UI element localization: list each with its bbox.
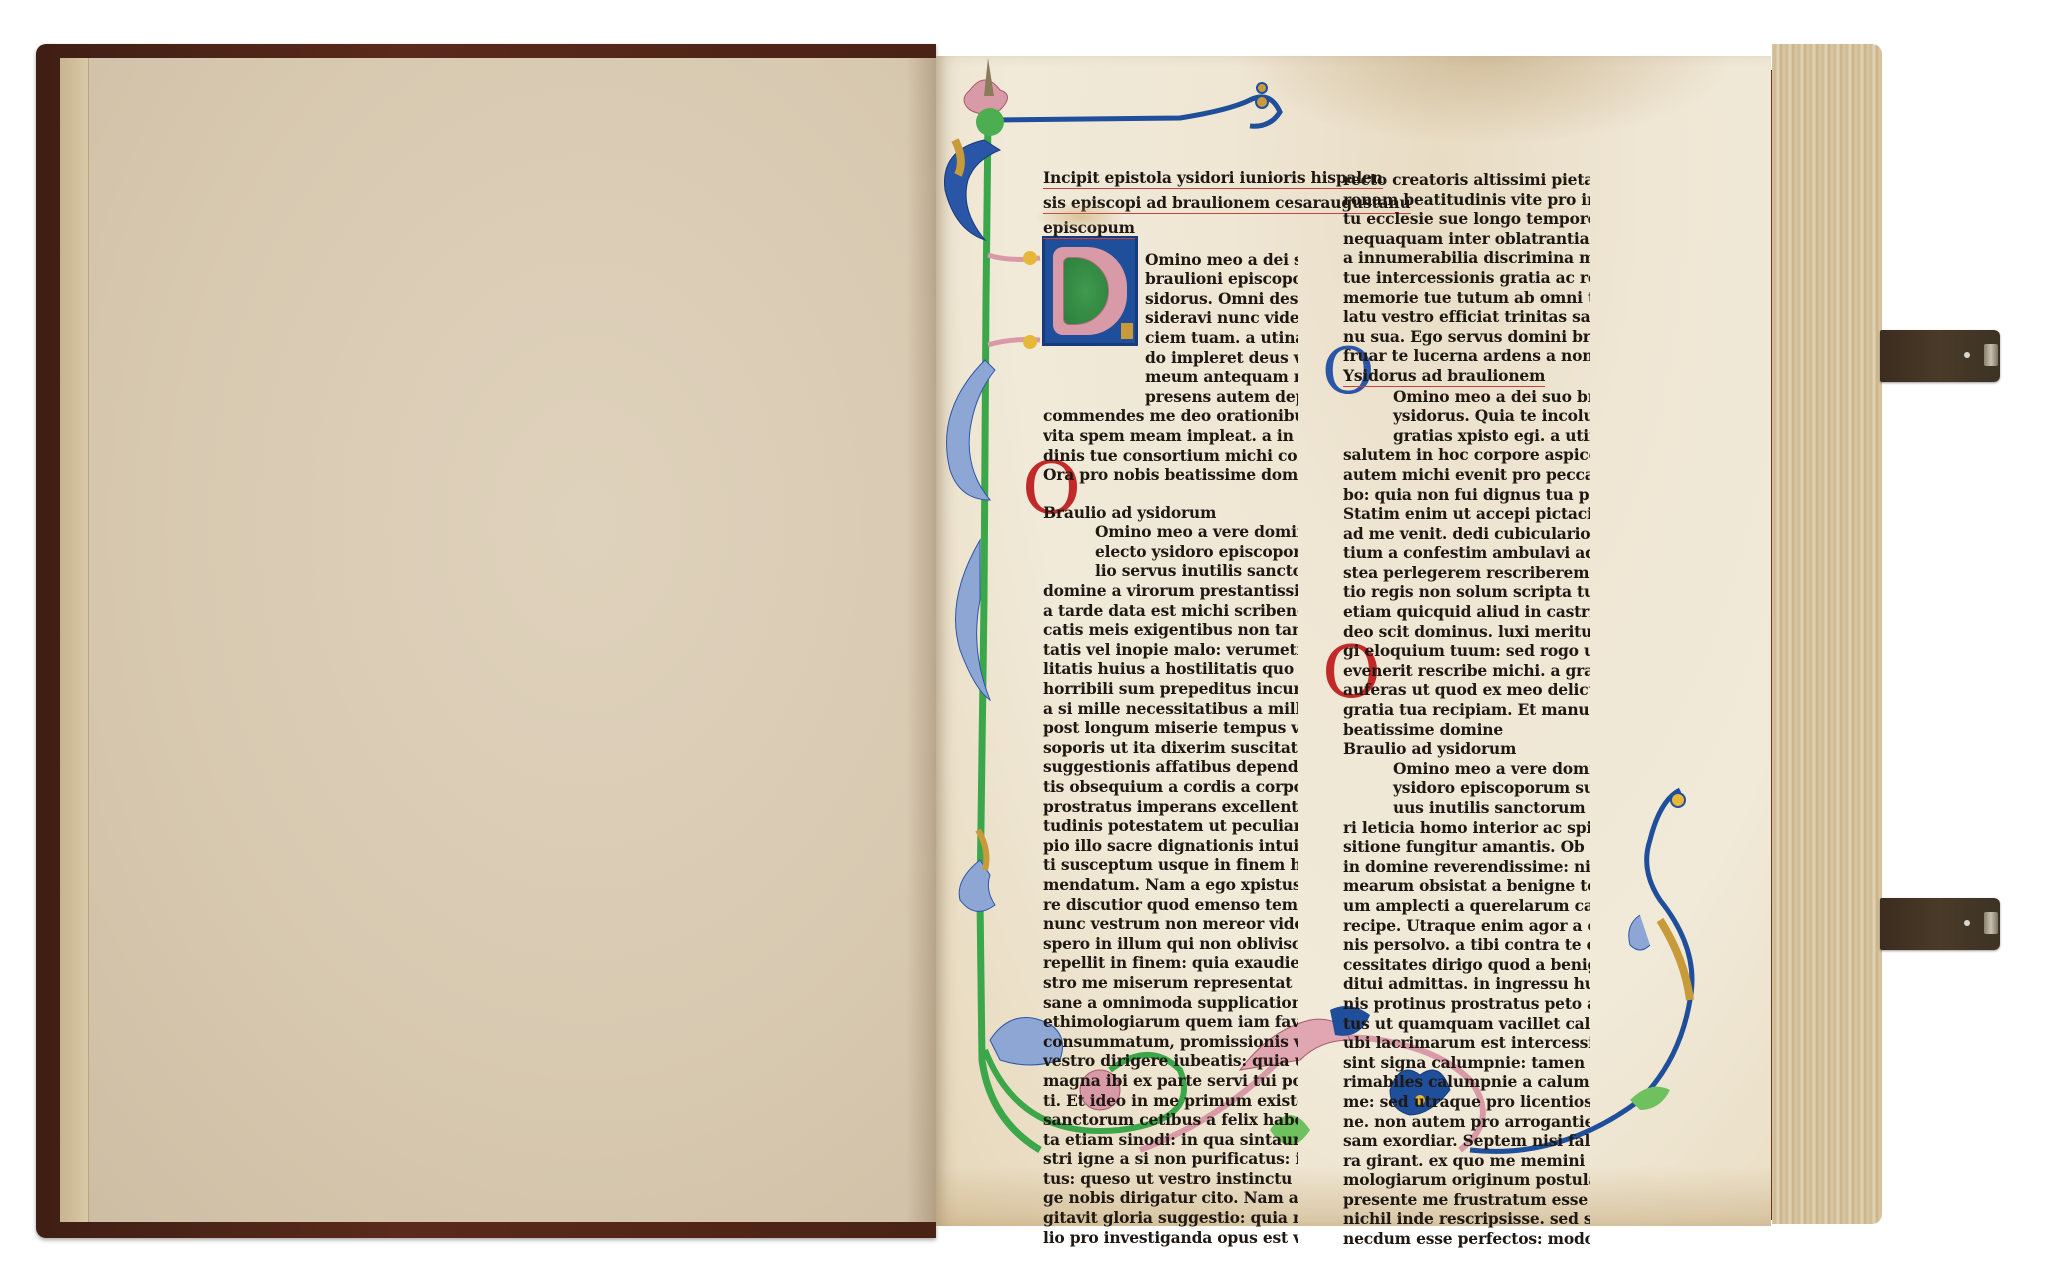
letter-heading: Ysidorus ad braulionem — [1343, 366, 1545, 387]
text-line: sam exordiar. Septem nisi fallor annorum… — [1343, 1131, 1590, 1151]
text-line: memorie tue tutum ab omni tempestate pec… — [1343, 288, 1590, 308]
water-stain-top — [1236, 56, 1736, 146]
text-line: a si mille necessitatibus a mille curis … — [1043, 699, 1298, 719]
text-line: presens autem deprecor ut — [1145, 387, 1298, 407]
text-line: a tarde data est michi scribendi optio: … — [1043, 601, 1298, 621]
text-line: ge nobis dirigatur cito. Nam a nostra ei… — [1043, 1188, 1298, 1208]
text-line: tium a confestim ambulavi ad principem u… — [1343, 543, 1590, 563]
text-line: tis obsequium a cordis a corporis humili… — [1043, 777, 1298, 797]
text-line: spero in illum qui non obliviscitur mise… — [1043, 934, 1298, 954]
text-column-2: recto creatoris altissimi pietatem effla… — [1343, 170, 1590, 1249]
text-line: ra girant. ex quo me memini libros a te … — [1343, 1151, 1590, 1171]
text-line: sitione fungitur amantis. Ob id velle me… — [1343, 837, 1590, 857]
text-line: necdum esse perfectos: modo necdum scrip… — [1343, 1229, 1590, 1249]
text-line: stro me miserum representat aspectui. Su… — [1043, 973, 1298, 993]
text-line: nichil inde rescripsisse. sed subtili di… — [1343, 1209, 1590, 1229]
text-line: mologiarum originum postulasse a vario d… — [1343, 1170, 1590, 1190]
clasp-catch-icon — [1984, 912, 1998, 934]
text-line: Statim enim ut accepi pictacium tuum pue… — [1343, 504, 1590, 524]
text-line: gratias xpisto egi. a utinam cuius cogui — [1343, 426, 1590, 446]
stain — [1035, 202, 1125, 232]
left-pastedown-page — [60, 58, 936, 1222]
text-line: auferas ut quod ex meo delicto perdidi i… — [1343, 680, 1590, 700]
text-line: tu ecclesie sue longo tempore percipiat … — [1343, 209, 1590, 229]
text-line: ri leticia homo interior ac spiritualis … — [1343, 818, 1590, 838]
text-line: in domine reverendissime: nisi culparum … — [1343, 857, 1590, 877]
clasp-rivet-icon — [1964, 352, 1970, 358]
text-line: ti susceptum usque in finem habere iubea… — [1043, 855, 1298, 875]
text-line: stri igne a si non purificatus: invenitu… — [1043, 1149, 1298, 1169]
text-line: tus ut quamquam vacillet calumpnie obiec… — [1343, 1014, 1590, 1034]
clasp-catch-icon — [1984, 344, 1998, 366]
text-line: vestro dirigere iubeatis: quia ut michi … — [1043, 1051, 1298, 1071]
text-line: etiam quicquid aliud in castris fuit per… — [1343, 602, 1590, 622]
text-line: braulioni episcopo Y — [1145, 269, 1298, 289]
text-line: rimabiles calumpnie a calumpniabiles lac… — [1343, 1072, 1590, 1092]
text-line: a innumerabilia discrimina munitum redda… — [1343, 248, 1590, 268]
text-line: Omino meo a vere domino xpistoque electo — [1343, 759, 1590, 779]
text-line: commendes me deo orationibus tuis a ut i… — [1043, 406, 1298, 426]
text-line: ubi lacrimarum est intercessio: et lacri… — [1343, 1033, 1590, 1053]
text-line: ronam beatitudinis vite pro integritate … — [1343, 190, 1590, 210]
text-line: mearum obsistat a benigne te inquisition… — [1343, 876, 1590, 896]
text-line: gratia tua recipiam. Et manu sua. Ora pr… — [1343, 700, 1590, 720]
fore-edge — [1772, 44, 1882, 1224]
text-line: ne. non autem pro arrogantie temeritate … — [1343, 1112, 1590, 1132]
text-line: fruar te lucerna ardens a non marcescens — [1343, 346, 1590, 366]
text-line: lio pro investiganda opus est veritate. … — [1043, 1228, 1298, 1248]
text-line: Omino meo a vere domino xpistoque — [1043, 522, 1298, 542]
letter-heading: Braulio ad ysidorum — [1343, 739, 1590, 759]
incipit-heading: Incipit epistola ysidori iunioris hispal… — [1043, 168, 1298, 244]
text-line: tio regis non solum scripta tua non inve… — [1343, 582, 1590, 602]
text-line: latu vestro efficiat trinitas sacratissi… — [1343, 307, 1590, 327]
text-line: sint signa calumpnie: tamen sint opto a … — [1343, 1053, 1590, 1073]
text-line: litatis huius a hostilitatis quo nunc in… — [1043, 659, 1298, 679]
text-line: repellit in finem: quia exaudiet precem … — [1043, 953, 1298, 973]
text-line: electo ysidoro episcoporum summo Brau — [1043, 542, 1298, 562]
text-line: sanctorum cetibus a felix habearis a pri… — [1043, 1110, 1298, 1130]
text-line: sane a omnimoda supplicatione deposco ut… — [1043, 993, 1298, 1013]
text-line: um amplecti a querelarum calumpniam pati… — [1343, 896, 1590, 916]
text-line: Omino meo a dei servo — [1145, 250, 1298, 270]
text-line: beatissime domine — [1343, 720, 1590, 740]
text-line: lio servus inutilis sanctorum dei. O pie — [1043, 561, 1298, 581]
text-column-1: Incipit epistola ysidori iunioris hispal… — [1043, 168, 1298, 1247]
text-line: tudinis potestatem ut peculiarem famulum… — [1043, 816, 1298, 836]
incipit-line: Incipit epistola ysidori iunioris hispal… — [1043, 168, 1383, 189]
letter-2-continued: recto creatoris altissimi pietatem effla… — [1343, 170, 1590, 366]
text-line: mendatum. Nam a ego xpistus novit gravi … — [1043, 875, 1298, 895]
text-line: horribili sum prepeditus incursu. Nunc a… — [1043, 679, 1298, 699]
text-line: vita spem meam impleat. a in futuro beat… — [1043, 426, 1298, 446]
letter-1: Omino meo a dei servo braulioni episcopo… — [1043, 250, 1298, 407]
text-line: nequaquam inter oblatrantia presentis mu… — [1343, 229, 1590, 249]
clasp-lower — [1880, 898, 2000, 950]
text-line: ysidoro episcoporum summo. Braulio ser — [1343, 778, 1590, 798]
letter-1-tail: commendes me deo orationibus tuis a ut i… — [1043, 406, 1298, 484]
text-line: catis meis exigentibus non tantummodo st… — [1043, 620, 1298, 640]
text-line: autem michi evenit pro peccatis meis man… — [1343, 465, 1590, 485]
text-line: cessitates dirigo quod a benignissime tu… — [1343, 955, 1590, 975]
text-line: bo: quia non fui dignus tua perlegere el… — [1343, 485, 1590, 505]
text-line: me: sed utraque pro licentiosa amoris pr… — [1343, 1092, 1590, 1112]
text-line: nu sua. Ego servus domini braulio ysidor… — [1343, 327, 1590, 347]
text-line: sidorus. Omni desiderio de — [1145, 289, 1298, 309]
text-line: consummatum, promissionis vestre memores… — [1043, 1032, 1298, 1052]
text-line: soporis ut ita dixerim suscitatus. istiu… — [1043, 738, 1298, 758]
text-line: re discutior quod emenso tempore tam pro… — [1043, 895, 1298, 915]
text-line: meum antequam moriar. Ad — [1145, 367, 1298, 387]
text-line: Omino meo a dei suo braulioni epo — [1343, 387, 1590, 407]
text-line: ysidorus. Quia te incolumem cognovi — [1343, 406, 1590, 426]
text-line: ad me venit. dedi cubiculario meo illud … — [1343, 524, 1590, 544]
letter-3: Omino meo a dei suo braulioni epo ysidor… — [1343, 387, 1590, 740]
letter-4: Omino meo a vere domino xpistoque electo… — [1343, 759, 1590, 1249]
letter-2: Omino meo a vere domino xpistoque electo… — [1043, 522, 1298, 1247]
text-line: salutem in hoc corpore aspicerem a visio… — [1343, 445, 1590, 465]
text-line: nis persolvo. a tibi contra te causarum … — [1343, 935, 1590, 955]
text-line: ditui admittas. in ingressu huius dictat… — [1343, 974, 1590, 994]
clasp-upper — [1880, 330, 2000, 382]
text-line: recipe. Utraque enim agor a officium inq… — [1343, 916, 1590, 936]
text-line: tatis vel inopie malo: verumetiam pestis… — [1043, 640, 1298, 660]
text-line: do impleret deus votum — [1145, 348, 1298, 368]
gutter-shadow — [906, 58, 936, 1222]
text-line: dinis tue consortium michi concedat a ma… — [1043, 446, 1298, 466]
text-line: suggestionis affatibus dependere primo s… — [1043, 757, 1298, 777]
text-line: ti. Et ideo in me primum existe munificu… — [1043, 1091, 1298, 1111]
text-line: prostratus imperans excellentissimam tue… — [1043, 797, 1298, 817]
text-line: nunc vestrum non mereor videre conspectu… — [1043, 914, 1298, 934]
leather-turn-in — [60, 58, 89, 1222]
text-line: post longum miserie tempus veluti ab imp… — [1043, 718, 1298, 738]
text-line: sideravi nunc videre fa — [1145, 308, 1298, 328]
text-line: recto creatoris altissimi pietatem effla… — [1343, 170, 1590, 190]
text-line: tue intercessionis gratia ac reconditum … — [1343, 268, 1590, 288]
text-line: pio illo sacre dignationis intuitu sempe… — [1043, 836, 1298, 856]
text-line: ciem tuam. a utinam aliqn — [1145, 328, 1298, 348]
text-line: domine a virorum prestantissime. sera es… — [1043, 581, 1298, 601]
text-line: nis protinus prostratus peto a culmine v… — [1343, 994, 1590, 1014]
text-line: ta etiam sinodi: in qua sintaurius exami… — [1043, 1130, 1298, 1150]
text-line: tus: queso ut vestro instinctu a filio v… — [1043, 1169, 1298, 1189]
clasp-rivet-icon — [1964, 920, 1970, 926]
text-line: ethimologiarum quem iam favente domino a… — [1043, 1012, 1298, 1032]
letter-heading: Braulio ad ysidorum — [1043, 503, 1298, 523]
text-line: gitavit gloria suggestio: quia multum in… — [1043, 1208, 1298, 1228]
text-line: presente me frustratum esse et absenti m… — [1343, 1190, 1590, 1210]
text-line: magna ibi ex parte servi tui postulation… — [1043, 1071, 1298, 1091]
text-line: uus inutilis sanctorum dei. Solet reple — [1343, 798, 1590, 818]
text-line: evenerit rescribe michi. a gratiam verbi… — [1343, 661, 1590, 681]
text-line: deo scit dominus. luxi meritum meum quia… — [1343, 622, 1590, 642]
text-line: gi eloquium tuum: sed rogo ut quecunque … — [1343, 641, 1590, 661]
text-line: Ora pro nobis beatissime domine a frater — [1043, 465, 1298, 485]
text-line: stea perlegerem rescriberemque. Reversus… — [1343, 563, 1590, 583]
